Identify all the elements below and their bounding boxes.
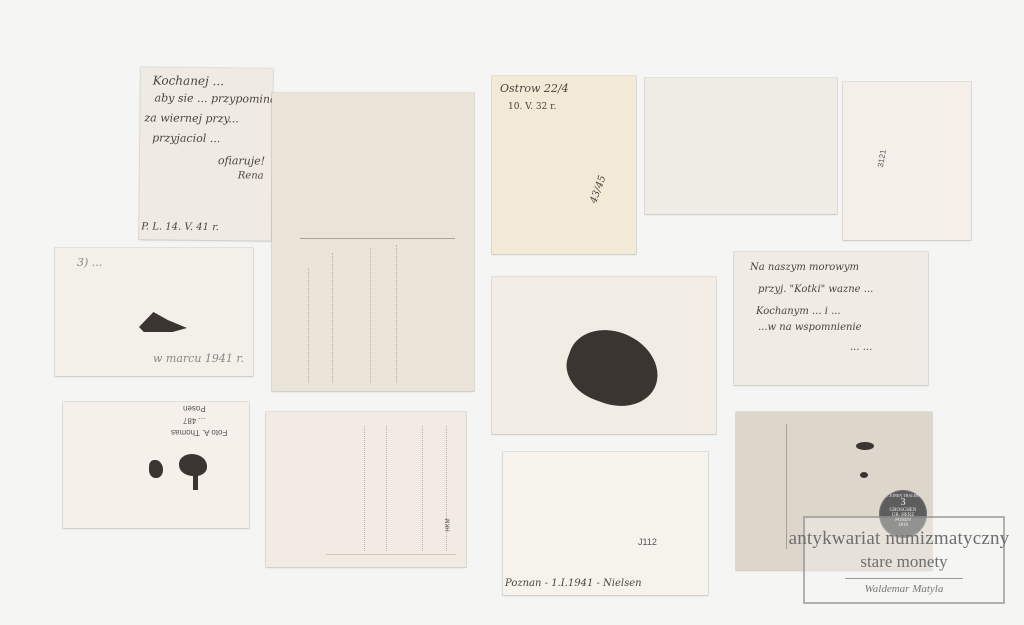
- address-line: [364, 426, 365, 551]
- handwriting: w marcu 1941 r.: [153, 352, 244, 365]
- negative-number: J112: [638, 537, 657, 547]
- watermark-subtitle: stare monety: [805, 552, 1003, 572]
- address-line: [396, 245, 397, 383]
- handwriting: 3) ...: [77, 256, 102, 269]
- glue-residue: [860, 472, 868, 478]
- bottom-rule: [326, 554, 456, 555]
- address-line: [446, 426, 447, 551]
- address-line: [370, 248, 371, 383]
- stamped-number: 3121: [876, 149, 888, 168]
- photographer-stamp: Foto A. Thomas: [171, 428, 227, 437]
- glue-residue: [557, 318, 668, 417]
- photo-back-card-1: Kochanej ... aby sie ... przypominala za…: [139, 67, 273, 240]
- address-line: [308, 268, 309, 383]
- coin-value: 3: [879, 498, 927, 508]
- printer-mark: HKM: [446, 518, 452, 531]
- shop-watermark: antykwariat numizmatyczny stare monety W…: [803, 516, 1005, 604]
- photo-back-card-6: 3) ... w marcu 1941 r.: [55, 248, 253, 376]
- handwriting: Poznan - 1.I.1941 - Nielsen: [505, 578, 642, 589]
- address-line: [422, 426, 423, 551]
- photo-back-card-7: [492, 277, 716, 434]
- photo-back-card-3: Ostrow 22/4 10. V. 32 r. 43/45: [492, 76, 636, 254]
- photo-back-card-4: [645, 78, 837, 214]
- handwriting: Na naszym morowym: [750, 262, 859, 273]
- handwriting: ofiaruje!: [218, 154, 265, 167]
- watermark-title: antykwariat numizmatyczny: [775, 528, 1023, 550]
- photo-back-card-11: J112 Poznan - 1.I.1941 - Nielsen: [503, 452, 708, 595]
- watermark-divider: [845, 578, 963, 579]
- postcard-back-card-2: [272, 93, 474, 391]
- handwriting: 43/45: [588, 174, 608, 205]
- handwriting: Ostrow 22/4: [500, 82, 569, 95]
- handwriting: 10. V. 32 r.: [508, 102, 556, 112]
- glue-residue: [139, 312, 187, 332]
- watermark-owner: Waldemar Matyla: [805, 583, 1003, 595]
- handwriting: za wiernej przy...: [144, 111, 239, 125]
- postcard-back-card-10: HKM: [266, 412, 466, 567]
- photo-back-card-5: 3121: [843, 82, 971, 240]
- photo-back-card-9: Posen ... 487 Foto A. Thomas: [63, 402, 249, 528]
- handwriting: ...w na wspomnienie: [758, 322, 862, 333]
- handwriting: przyjaciol ...: [152, 131, 220, 145]
- handwriting: P. L. 14. V. 41 r.: [141, 221, 219, 233]
- address-divider: [300, 238, 455, 239]
- handwriting: Kochanej ...: [153, 73, 224, 88]
- glue-residue: [193, 472, 198, 490]
- handwriting: Rena: [238, 170, 264, 181]
- address-line: [332, 253, 333, 383]
- photographer-stamp: Posen: [183, 404, 206, 413]
- photo-back-card-8: Na naszym morowym przyj. "Kotki" wazne .…: [734, 252, 928, 385]
- handwriting: Kochanym ... i ...: [756, 306, 841, 317]
- glue-residue: [149, 460, 163, 478]
- handwriting: ... ...: [850, 342, 872, 353]
- handwriting: przyj. "Kotki" wazne ...: [758, 284, 873, 295]
- address-line: [386, 426, 387, 551]
- glue-residue: [856, 442, 874, 450]
- handwriting: aby sie ... przypominala: [155, 91, 287, 105]
- photographer-stamp: ... 487: [183, 416, 205, 425]
